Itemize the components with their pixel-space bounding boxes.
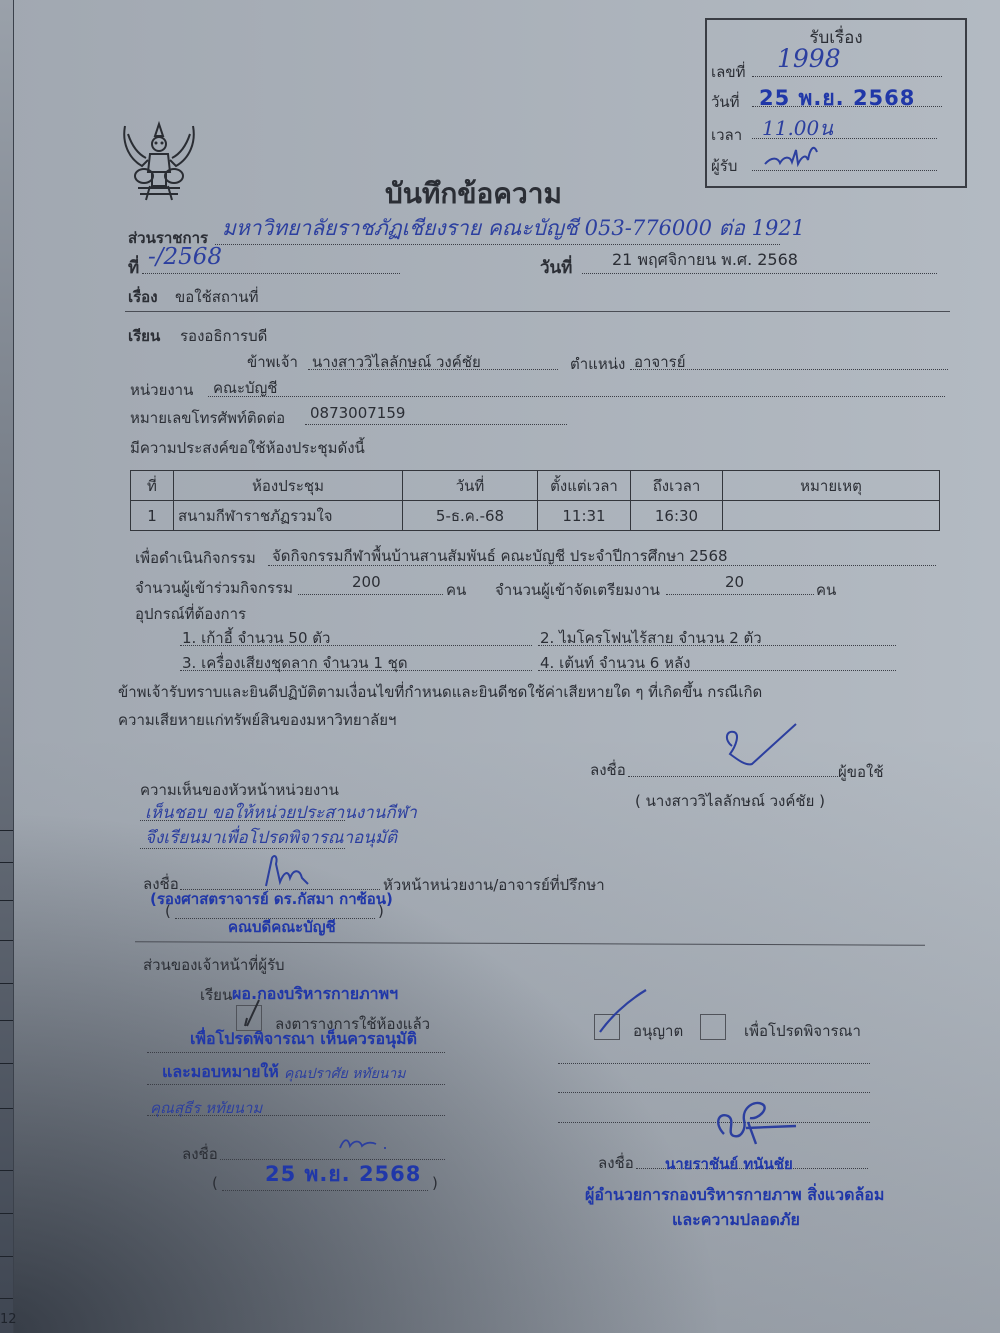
staff-value: 20: [725, 573, 744, 591]
cell-start: 11:31: [538, 501, 631, 531]
officer-date-stamp: 25 พ.ย. 2568: [265, 1158, 421, 1191]
col-header-remark: หมายเหตุ: [723, 471, 940, 501]
head-role: หัวหน้าหน่วยงาน/อาจารย์ที่ปรึกษา: [383, 873, 605, 897]
applicant-signature-icon: [718, 720, 800, 778]
room-booking-table: ที่ ห้องประชุม วันที่ ตั้งแต่เวลา ถึงเวล…: [130, 470, 940, 531]
officer-sign-label: ลงชื่อ: [182, 1142, 218, 1166]
assign-value-2: คุณสุธีร หทัยนาม: [150, 1096, 262, 1120]
officer-signature-icon: [338, 1134, 398, 1154]
officer-note-stamp: เพื่อโปรดพิจารณา เห็นควรอนุมัติ: [190, 1027, 417, 1052]
col-header-no: ที่: [131, 471, 174, 501]
equipment-label: อุปกรณ์ที่ต้องการ: [135, 602, 246, 626]
receipt-number-value: 1998: [777, 44, 841, 73]
receipt-date-stamp: 25 พ.ย. 2568: [759, 82, 915, 115]
garuda-emblem-icon: [120, 120, 198, 202]
agreement-line-2: ความเสียหายแก่ทรัพย์สินของมหาวิทยาลัยฯ: [118, 708, 396, 732]
edge-page-number: 12: [0, 1312, 17, 1327]
position-value: อาจารย์: [634, 350, 686, 374]
header-divider: [125, 311, 950, 312]
subject-value: ขอใช้สถานที่: [175, 285, 259, 309]
col-header-room: ห้องประชุม: [174, 471, 403, 501]
staff-unit: คน: [816, 578, 836, 602]
officer-paren-close: ): [432, 1174, 438, 1192]
officer-to-label: เรียน: [200, 983, 232, 1007]
applicant-role: ผู้ขอใช้: [838, 760, 884, 784]
receipt-number-label: เลขที่: [711, 60, 745, 84]
participants-value: 200: [352, 573, 381, 591]
agency-value: มหาวิทยาลัยราชภัฏเชียงราย คณะบัญชี 053-7…: [222, 212, 805, 245]
intent-text: มีความประสงค์ขอใช้ห้องประชุมดังนี้: [130, 436, 365, 460]
phone-value: 0873007159: [310, 404, 405, 422]
assign-label-stamp: และมอบหมายให้: [162, 1060, 279, 1085]
receipt-date-label: วันที่: [711, 90, 740, 114]
applicant-name: ( นางสาววิไลลักษณ์ วงค์ชัย ): [635, 789, 825, 813]
table-row: 1 สนามกีฬาราชภัฏรวมใจ 5-ธ.ค.-68 11:31 16…: [131, 501, 940, 531]
participants-unit: คน: [446, 578, 466, 602]
receipt-time-label: เวลา: [711, 123, 742, 147]
ref-value: -/2568: [148, 244, 222, 270]
phone-label: หมายเลขโทรศัพท์ติดต่อ: [130, 406, 285, 430]
cell-remark: [723, 501, 940, 531]
col-header-date: วันที่: [403, 471, 538, 501]
head-title-stamp: คณบดีคณะบัญชี: [228, 915, 336, 939]
receiver-signature-icon: [762, 138, 822, 172]
applicant-sign-label: ลงชื่อ: [590, 758, 626, 782]
subject-label: เรื่อง: [128, 285, 158, 309]
equipment-item: 1. เก้าอี้ จำนวน 50 ตัว: [182, 626, 330, 650]
head-comment-line-1: เห็นชอบ ขอให้หน่วยประสานงานกีฬา: [145, 799, 417, 826]
receipt-receiver-label: ผู้รับ: [711, 154, 737, 178]
cell-no: 1: [131, 501, 174, 531]
approve-label: อนุญาต: [633, 1019, 683, 1043]
equipment-item: 2. ไมโครโฟนไร้สาย จำนวน 2 ตัว: [540, 626, 762, 650]
receipt-stamp-box: รับเรื่อง เลขที่ 1998 วันที่ 25 พ.ย. 256…: [705, 18, 967, 188]
officer-section-label: ส่วนของเจ้าหน้าที่ผู้รับ: [143, 953, 285, 977]
memo-date-value: 21 พฤศจิกายน พ.ศ. 2568: [612, 248, 798, 273]
head-name-stamp: (รองศาสตราจารย์ ดร.กัสมา กาซ้อน): [150, 887, 393, 911]
staff-label: จำนวนผู้เข้าจัดเตรียมงาน: [495, 578, 660, 602]
memo-date-label: วันที่: [540, 254, 572, 281]
cell-end: 16:30: [631, 501, 723, 531]
director-name-stamp: นายราชันย์ ทนันชัย: [665, 1152, 793, 1176]
cell-date: 5-ธ.ค.-68: [403, 501, 538, 531]
to-label: เรียน: [128, 324, 160, 348]
director-signature-icon: [712, 1094, 802, 1146]
equipment-item: 4. เต้นท์ จำนวน 6 หลัง: [540, 651, 690, 675]
head-paren-open: (: [165, 902, 171, 920]
applicant-value: นางสาววิไลลักษณ์ วงค์ชัย: [312, 350, 481, 374]
unit-value: คณะบัญชี: [213, 376, 278, 400]
col-header-end: ถึงเวลา: [631, 471, 723, 501]
section-divider: [135, 941, 925, 945]
head-comment-line-2: จึงเรียนมาเพื่อโปรดพิจารณาอนุมัติ: [145, 824, 397, 851]
assign-value-1: คุณปราศัย หทัยนาม: [284, 1063, 405, 1085]
purpose-value: จัดกิจกรรมกีฬาพื้นบ้านสานสัมพันธ์ คณะบัญ…: [272, 544, 728, 568]
ref-label: ที่: [128, 254, 139, 281]
page-title: บันทึกข้อความ: [385, 172, 562, 216]
col-header-start: ตั้งแต่เวลา: [538, 471, 631, 501]
position-label: ตำแหน่ง: [570, 352, 625, 376]
adjacent-page-edge: 12: [0, 0, 14, 1333]
check-mark-icon: [237, 996, 267, 1030]
purpose-label: เพื่อดำเนินกิจกรรม: [135, 546, 256, 570]
to-value: รองอธิการบดี: [180, 324, 267, 348]
director-sign-label: ลงชื่อ: [598, 1151, 634, 1175]
equipment-item: 3. เครื่องเสียงชุดลาก จำนวน 1 ชุด: [182, 651, 408, 675]
agreement-line-1: ข้าพเจ้ารับทราบและยินดีปฏิบัติตามเงื่อนไ…: [118, 680, 762, 704]
director-title-line-2: และความปลอดภัย: [672, 1208, 800, 1233]
unit-label: หน่วยงาน: [130, 378, 193, 402]
table-header-row: ที่ ห้องประชุม วันที่ ตั้งแต่เวลา ถึงเวล…: [131, 471, 940, 501]
head-signature-icon: [262, 852, 322, 888]
officer-paren-open: (: [212, 1174, 218, 1192]
cell-room: สนามกีฬาราชภัฏรวมใจ: [174, 501, 403, 531]
participants-label: จำนวนผู้เข้าร่วมกิจกรรม: [135, 576, 293, 600]
consider-checkbox[interactable]: [700, 1014, 726, 1040]
applicant-label: ข้าพเจ้า: [247, 350, 298, 374]
director-title-line-1: ผู้อำนวยการกองบริหารกายภาพ สิ่งแวดล้อม: [585, 1183, 884, 1208]
head-paren-close: ): [378, 902, 384, 920]
consider-label: เพื่อโปรดพิจารณา: [744, 1019, 861, 1043]
